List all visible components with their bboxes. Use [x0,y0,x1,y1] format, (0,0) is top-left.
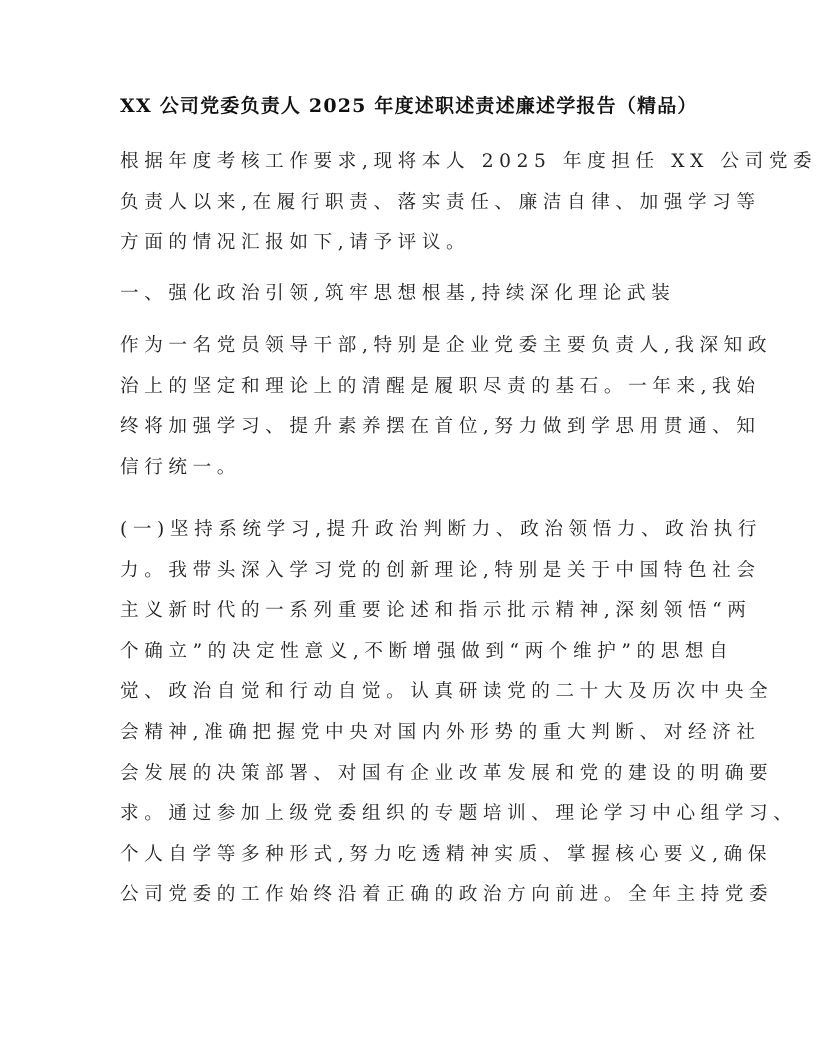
section-heading: 一、强化政治引领,筑牢思想根基,持续深化理论武装 [120,274,700,315]
text-line: (一)坚持系统学习,提升政治判断力、政治领悟力、政治执行 [120,510,690,551]
text-line: 作为一名党员领导干部,特别是企业党委主要负责人,我深知政 [120,326,690,367]
text-line: 主义新时代的一系列重要论述和指示批示精神,深刻领悟“两 [120,591,690,632]
subsection-paragraph: (一)坚持系统学习,提升政治判断力、政治领悟力、政治执行 力。我带头深入学习党的… [120,510,690,916]
text-line: 会精神,准确把握党中央对国内外形势的重大判断、对经济社 [120,713,690,754]
text-line: 终将加强学习、提升素养摆在首位,努力做到学思用贯通、知 [120,407,690,448]
text-line: 根据年度考核工作要求,现将本人 2025 年度担任 XX 公司党委 [120,142,690,183]
text-line: 方面的情况汇报如下,请予评议。 [120,223,690,264]
text-line: 个确立”的决定性意义,不断增强做到“两个维护”的思想自 [120,632,690,673]
text-line: 求。通过参加上级党委组织的专题培训、理论学习中心组学习、 [120,794,690,835]
text-line: 负责人以来,在履行职责、落实责任、廉洁自律、加强学习等 [120,183,690,224]
text-line: 治上的坚定和理论上的清醒是履职尽责的基石。一年来,我始 [120,367,690,408]
text-line: 力。我带头深入学习党的创新理论,特别是关于中国特色社会 [120,551,690,592]
section-paragraph: 作为一名党员领导干部,特别是企业党委主要负责人,我深知政 治上的坚定和理论上的清… [120,326,690,488]
text-line: 觉、政治自觉和行动自觉。认真研读党的二十大及历次中央全 [120,672,690,713]
document-page: XX 公司党委负责人 2025 年度述职述责述廉述学报告（精品） 根据年度考核工… [0,0,816,1056]
intro-paragraph: 根据年度考核工作要求,现将本人 2025 年度担任 XX 公司党委 负责人以来,… [120,142,690,264]
text-line: 公司党委的工作始终沿着正确的政治方向前进。全年主持党委 [120,875,690,916]
document-title: XX 公司党委负责人 2025 年度述职述责述廉述学报告（精品） [120,93,700,119]
text-line: 信行统一。 [120,448,690,489]
text-line: 会发展的决策部署、对国有企业改革发展和党的建设的明确要 [120,754,690,795]
text-line: 个人自学等多种形式,努力吃透精神实质、掌握核心要义,确保 [120,835,690,876]
